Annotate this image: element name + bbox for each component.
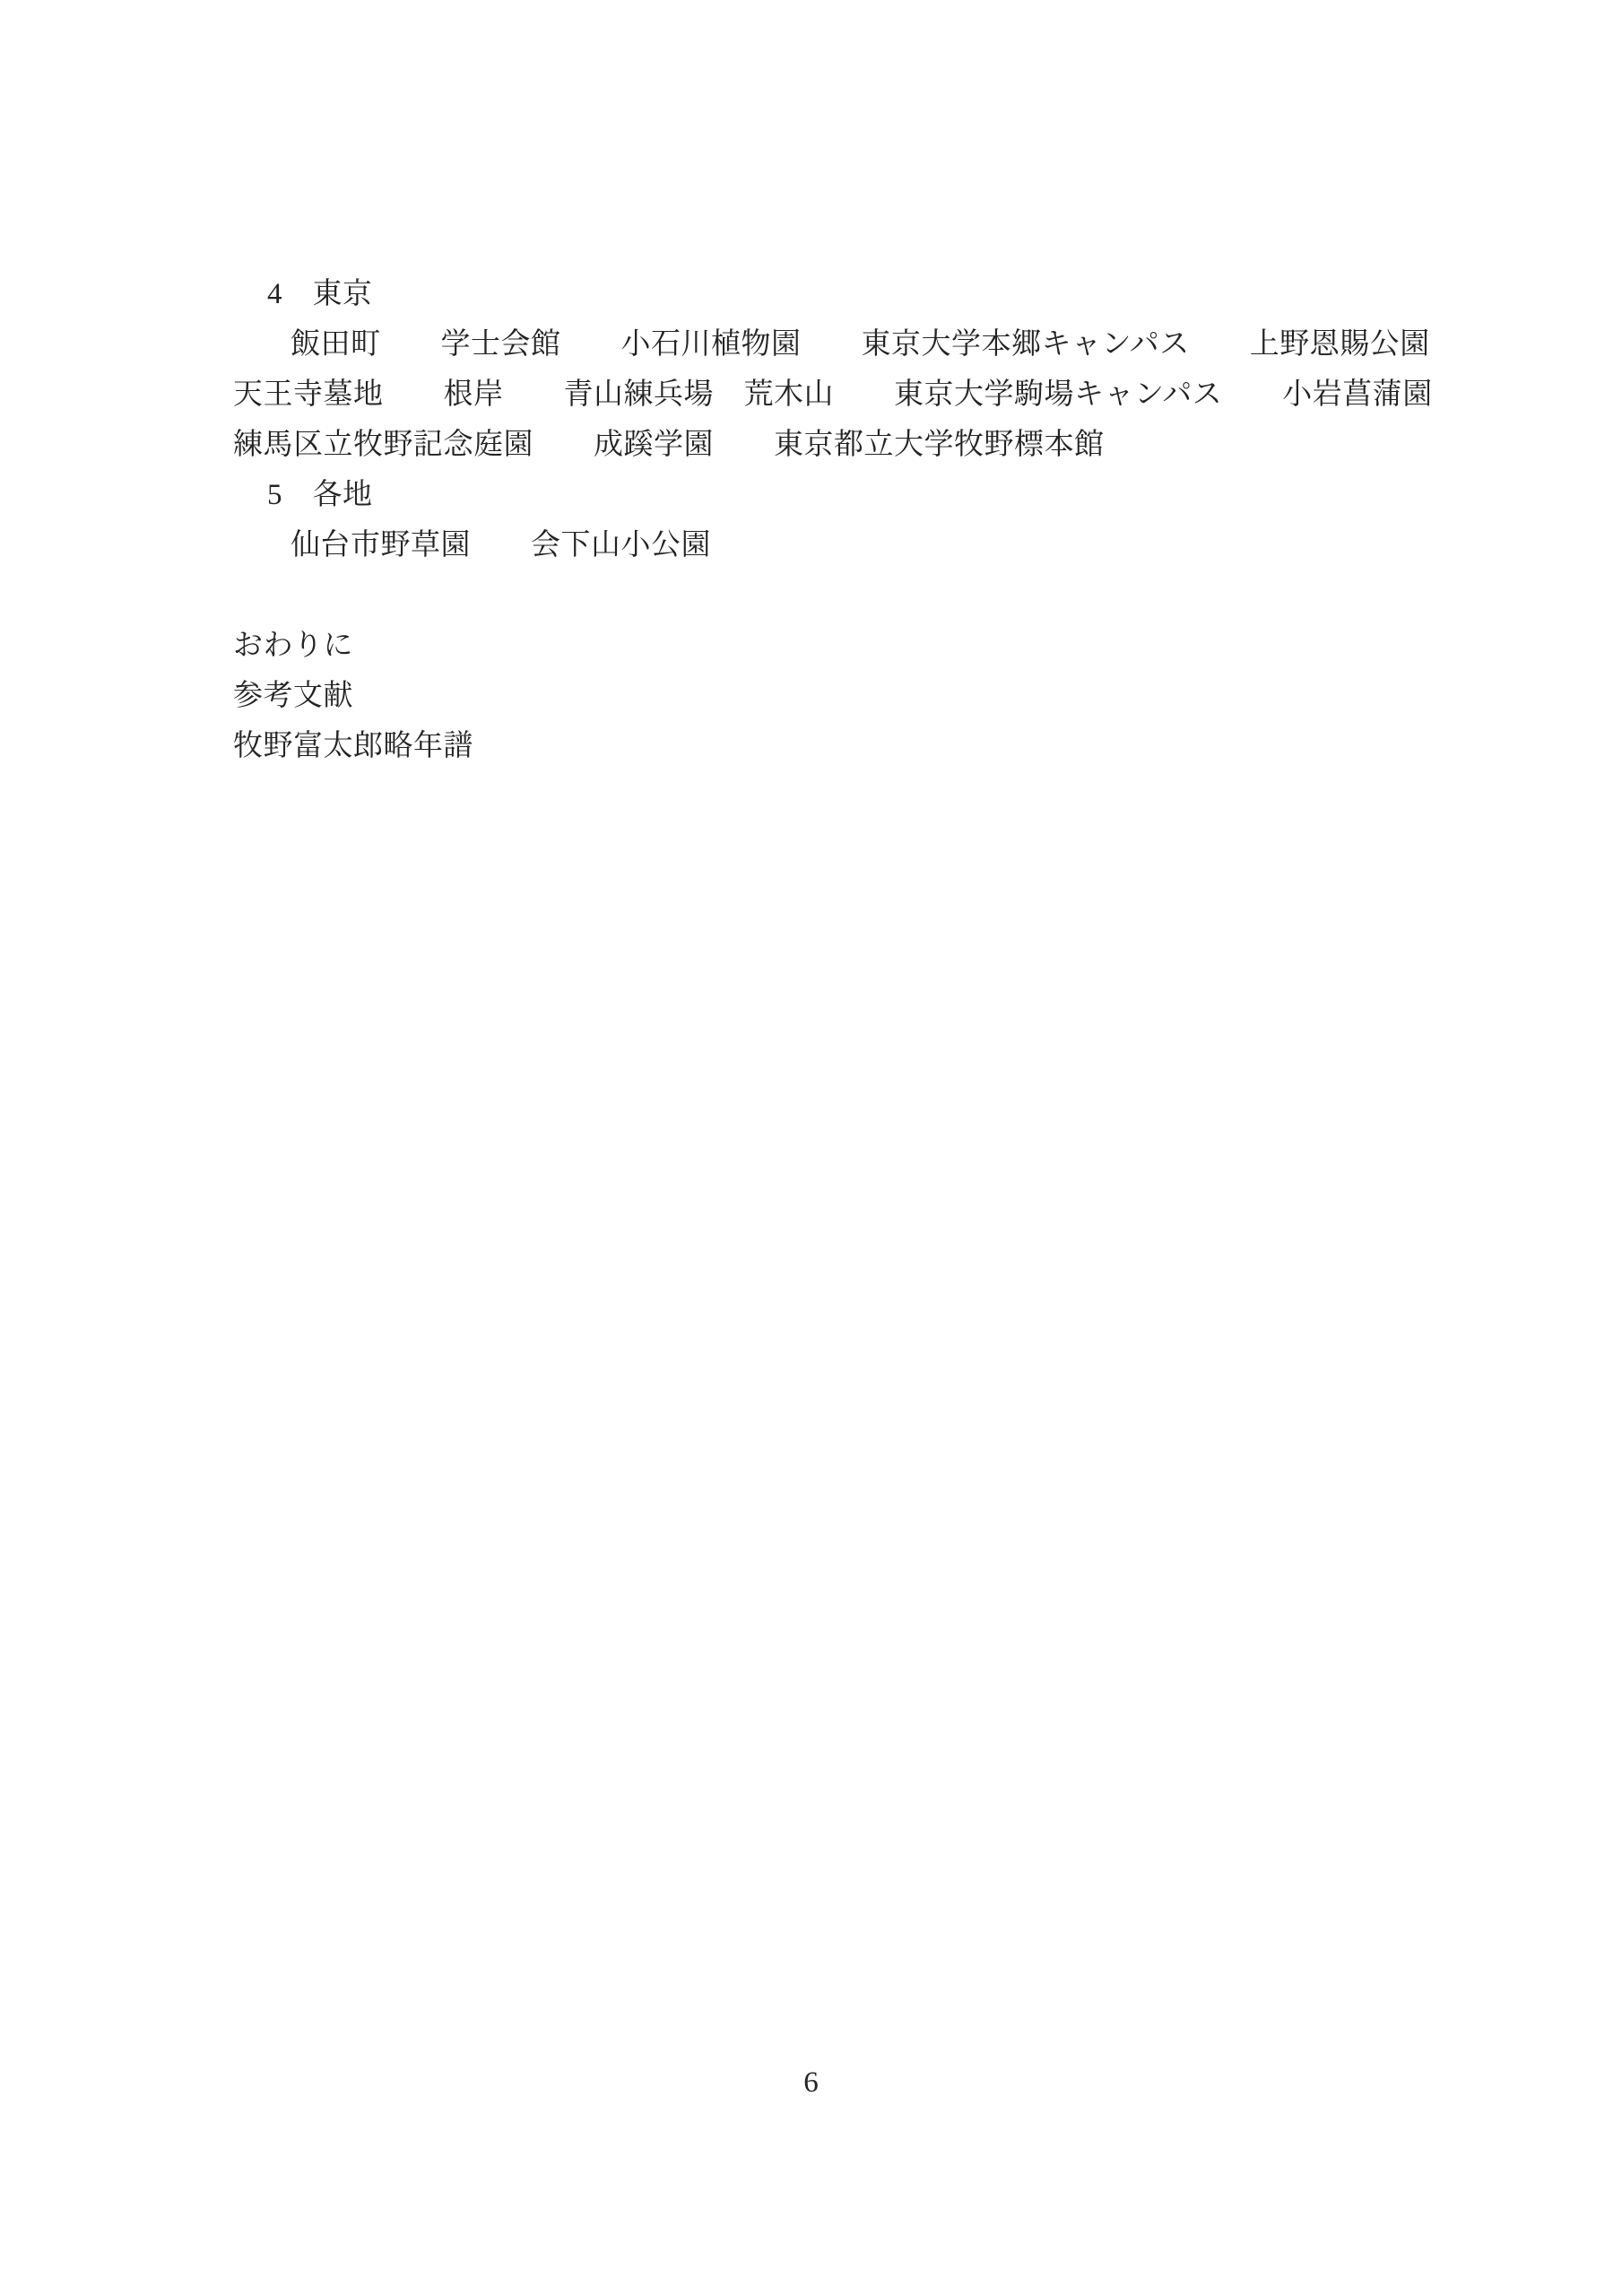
toc-block: 4 東京 飯田町 学士会館 小石川植物園 東京大学本郷キャンパス 上野恩賜公園 … [233, 269, 1488, 771]
blank-line [233, 570, 1488, 621]
toc-line-section-4-items-1: 飯田町 学士会館 小石川植物園 東京大学本郷キャンパス 上野恩賜公園 [233, 319, 1488, 370]
toc-line-section-5-items-1: 仙台市野草園 会下山小公園 [233, 520, 1488, 570]
toc-line-references: 参考文献 [233, 671, 1488, 721]
toc-line-afterword: おわりに [233, 621, 1488, 671]
document-page: 4 東京 飯田町 学士会館 小石川植物園 東京大学本郷キャンパス 上野恩賜公園 … [0, 0, 1622, 2296]
toc-line-section-4: 4 東京 [233, 269, 1488, 319]
toc-line-section-4-items-3: 練馬区立牧野記念庭園 成蹊学園 東京都立大学牧野標本館 [233, 420, 1488, 470]
page-number: 6 [0, 2063, 1622, 2102]
toc-line-chronology: 牧野富太郎略年譜 [233, 721, 1488, 771]
toc-line-section-5: 5 各地 [233, 470, 1488, 520]
toc-line-section-4-items-2: 天王寺墓地 根岸 青山練兵場 荒木山 東京大学駒場キャンパス 小岩菖蒲園 [233, 370, 1488, 420]
